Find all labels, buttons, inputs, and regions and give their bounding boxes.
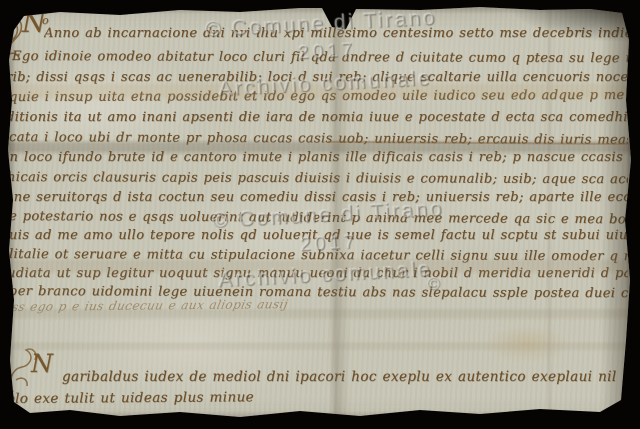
- manuscript-line: une seruitorqs d ista coctun seu comediu…: [5, 190, 628, 206]
- subscription-line: garibaldus iudex de mediol dni ipacori h…: [62, 369, 628, 385]
- notary-scrawl-line: ss ego p e ius ducecuu e aux aliopis aus…: [10, 294, 460, 315]
- manuscript-line: ditionis ita ut amo inani apsenti die ia…: [6, 110, 628, 126]
- subscription-line: plo exe tulit ut uideas plus minue: [6, 389, 268, 407]
- opening-initial-note: R: [36, 1, 44, 11]
- photo-background: N o R Anno ab incarnacione dni nri ihu x…: [0, 0, 640, 429]
- parchment: N o R Anno ab incarnacione dni nri ihu x…: [0, 0, 640, 429]
- opening-initial-superscript: o: [42, 16, 49, 26]
- manuscript-line: litalie ot seruare e mitta cu stipulacio…: [9, 247, 628, 265]
- manuscript-line: udiata ut sup legitur uoquut signu manuu…: [7, 266, 628, 282]
- manuscript-line: uis ad me amo ullo tepore nolis qd uolue…: [9, 228, 628, 244]
- manuscript-line: cata i loco ubi dr monte pr phosa cucas …: [9, 130, 628, 149]
- manuscript-line: e potestario nos e qsqs uoluerint aut iu…: [9, 209, 628, 228]
- manuscript-line: hicais orcis clausuris capis peis pascui…: [7, 170, 628, 188]
- manuscript-line: Ego idinoie omodeo abitatur loco cluri f…: [12, 49, 628, 67]
- manuscript-line: in loco ifundo brute id e cantoro imute …: [5, 150, 628, 166]
- manuscript-line: quie i insup uita etna possidebit et ido…: [9, 88, 628, 106]
- closing-initial: N: [31, 351, 53, 377]
- manuscript-line: rib; dissi qsqs i scas ac uenerabilib; l…: [6, 70, 628, 86]
- manuscript-line: Anno ab incarnacione dni nri ihu xpi mil…: [44, 26, 628, 42]
